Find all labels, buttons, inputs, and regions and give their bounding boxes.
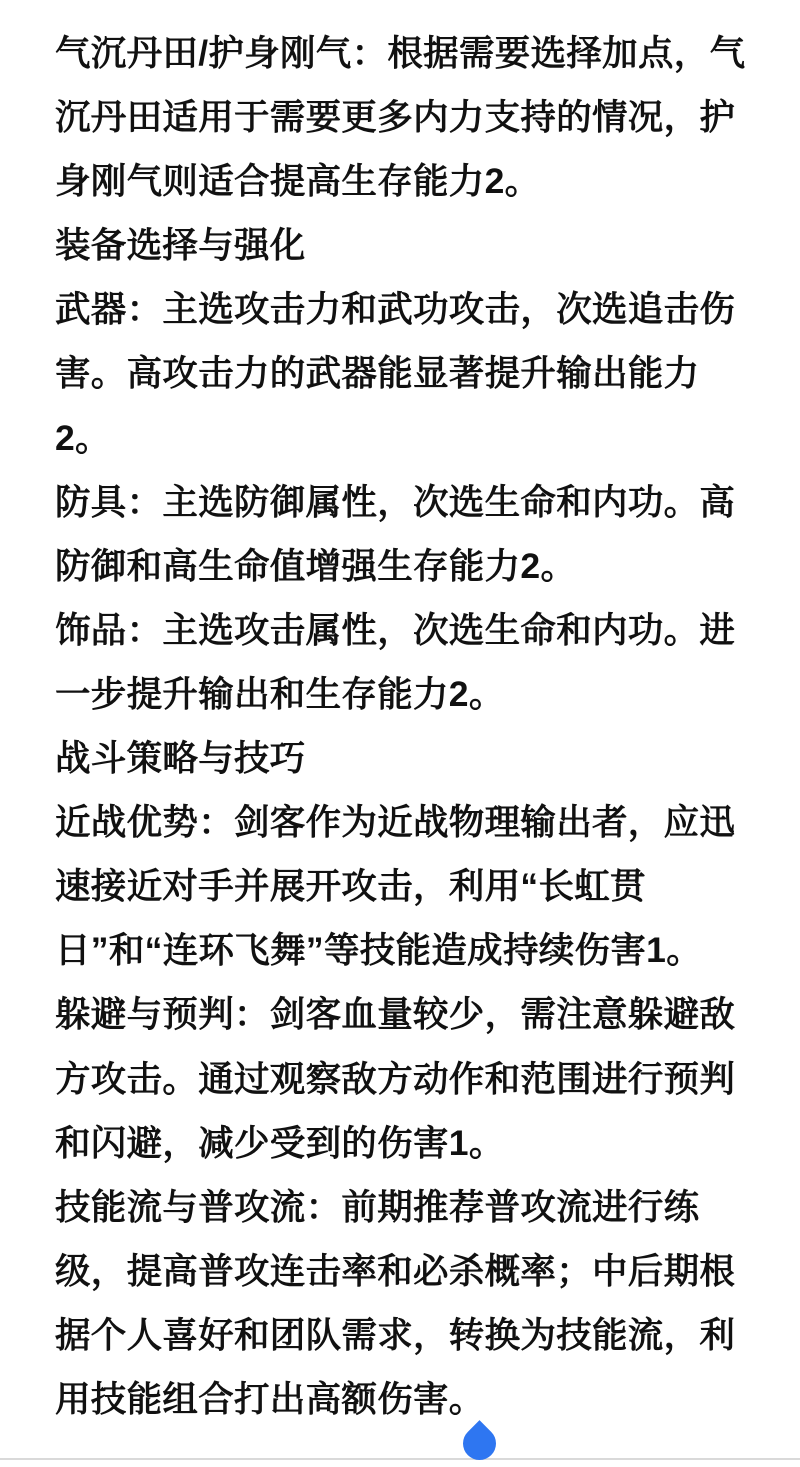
- text-line: 日”和“连环飞舞”等技能造成持续伤害1。: [55, 918, 755, 982]
- text-line: 用技能组合打出高额伤害。: [55, 1367, 755, 1431]
- text-line: 一步提升输出和生存能力2。: [55, 662, 755, 726]
- article-text: 气沉丹田/护身刚气：根据需要选择加点，气沉丹田适用于需要更多内力支持的情况，护身…: [55, 21, 755, 1431]
- text-line: 近战优势：剑客作为近战物理输出者，应迅: [55, 790, 755, 854]
- text-line: 2。: [55, 406, 755, 470]
- text-line: 防御和高生命值增强生存能力2。: [55, 534, 755, 598]
- text-line: 级，提高普攻连击率和必杀概率；中后期根: [55, 1239, 755, 1303]
- section-heading-line: 战斗策略与技巧: [55, 726, 755, 790]
- text-line: 害。高攻击力的武器能显著提升输出能力: [55, 341, 755, 405]
- text-line: 据个人喜好和团队需求，转换为技能流，利: [55, 1303, 755, 1367]
- text-line: 饰品：主选攻击属性，次选生命和内功。进: [55, 598, 755, 662]
- text-line: 和闪避，减少受到的伤害1。: [55, 1111, 755, 1175]
- text-line: 防具：主选防御属性，次选生命和内功。高: [55, 470, 755, 534]
- text-line: 身刚气则适合提高生存能力2。: [55, 149, 755, 213]
- section-heading-line: 装备选择与强化: [55, 213, 755, 277]
- text-line: 沉丹田适用于需要更多内力支持的情况，护: [55, 85, 755, 149]
- text-line: 躲避与预判：剑客血量较少，需注意躲避敌: [55, 982, 755, 1046]
- article-page: 气沉丹田/护身刚气：根据需要选择加点，气沉丹田适用于需要更多内力支持的情况，护身…: [0, 0, 800, 1467]
- text-line: 方攻击。通过观察敌方动作和范围进行预判: [55, 1047, 755, 1111]
- text-line: 气沉丹田/护身刚气：根据需要选择加点，气: [55, 21, 755, 85]
- text-line: 速接近对手并展开攻击，利用“长虹贯: [55, 854, 755, 918]
- text-line: 武器：主选攻击力和武功攻击，次选追击伤: [55, 277, 755, 341]
- text-line: 技能流与普攻流：前期推荐普攻流进行练: [55, 1175, 755, 1239]
- bottom-divider: [0, 1458, 800, 1460]
